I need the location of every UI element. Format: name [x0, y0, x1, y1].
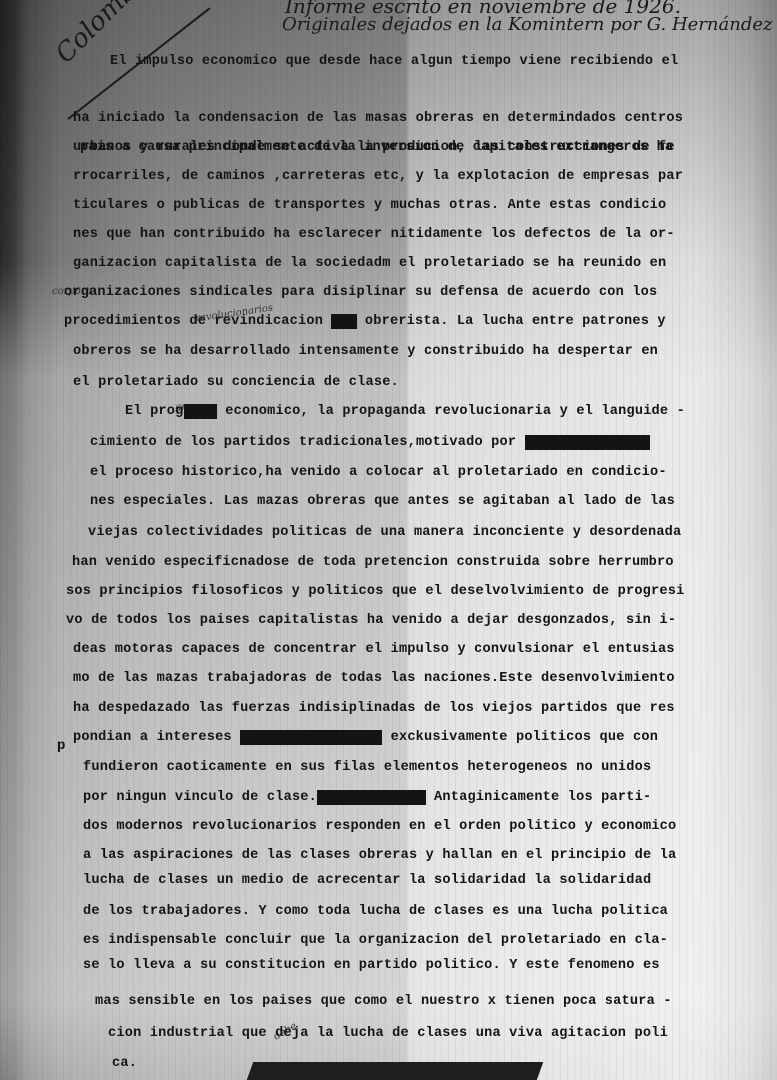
text-line: de los trabajadores. Y como toda lucha d… [83, 904, 668, 919]
text-line: ganizacion capitalista de la sociedadm e… [73, 256, 666, 271]
text-line: han venido especificnadose de toda prete… [72, 555, 674, 570]
text-line: mas sensible en los paises que como el n… [95, 994, 672, 1009]
text-line: el proletariado su conciencia de clase. [73, 375, 399, 390]
text-line: ca. [112, 1056, 137, 1071]
text-line: ha iniciado la condensacion de las masas… [73, 111, 683, 126]
text-line: nes que han contribuido ha esclarecer ni… [73, 227, 675, 242]
text-line: mo de las mazas trabajadoras de todas la… [73, 671, 675, 686]
text-line: ha despedazado las fuerzas indisiplinada… [73, 701, 675, 716]
text-line: sos principios filosoficos y politicos q… [66, 584, 684, 599]
struck-out-text: xxxx [184, 404, 217, 419]
text-line: es indispensable concluir que la organiz… [83, 933, 668, 948]
struck-out-text: xxxxxxxxxxxxxxx [525, 435, 650, 450]
typewritten-body: El impulso economico que desde hace algu… [0, 0, 777, 1080]
text-line: cion industrial que deja la lucha de cla… [108, 1026, 668, 1041]
text-line: El impulso economico que desde hace algu… [110, 54, 678, 69]
text-line: deas motoras capaces de concentrar el im… [73, 642, 675, 657]
text-line: rrocarriles, de caminos ,carreteras etc,… [73, 169, 683, 184]
text-line: urbanos y rurales donde se activa la pro… [73, 140, 675, 155]
text-line: viejas colectividades politicas de una m… [88, 525, 681, 540]
text-line: obreros se ha desarrollado intensamente … [73, 344, 658, 359]
text-line: vo de todos los paises capitalistas ha v… [66, 613, 676, 628]
text-line: cimiento de los partidos tradicionales,m… [90, 435, 650, 450]
text-line: el proceso historico,ha venido a colocar… [90, 465, 667, 480]
text-line: organizaciones sindicales para disiplina… [64, 285, 657, 300]
text-line: nes especiales. Las mazas obreras que an… [90, 494, 675, 509]
text-line: fundieron caoticamente en sus filas elem… [83, 760, 651, 775]
struck-out-text: xxx [331, 314, 356, 329]
text-line: procedimientos de revindicacion xxx obre… [64, 314, 666, 329]
text-line: a las aspiraciones de las clases obreras… [83, 848, 676, 863]
text-line: por ningun vinculo de clase.xxxxxxxxxxxx… [83, 790, 651, 805]
text-line: pondian a intereses xxxxxxxxxxxxxxxxx ex… [73, 730, 658, 745]
text-line: El progxxxx economico, la propaganda rev… [125, 404, 685, 419]
text-line: se lo lleva a su constitucion en partido… [83, 958, 660, 973]
struck-out-text: xxxxxxxxxxxxxxxxx [240, 730, 382, 745]
text-line: lucha de clases un medio de acrecentar l… [83, 873, 651, 888]
struck-out-text: xxxxxxxxxxxxx [317, 790, 426, 805]
text-line: dos modernos revolucionarios responden e… [83, 819, 676, 834]
text-line: ticulares o publicas de transportes y mu… [73, 198, 666, 213]
